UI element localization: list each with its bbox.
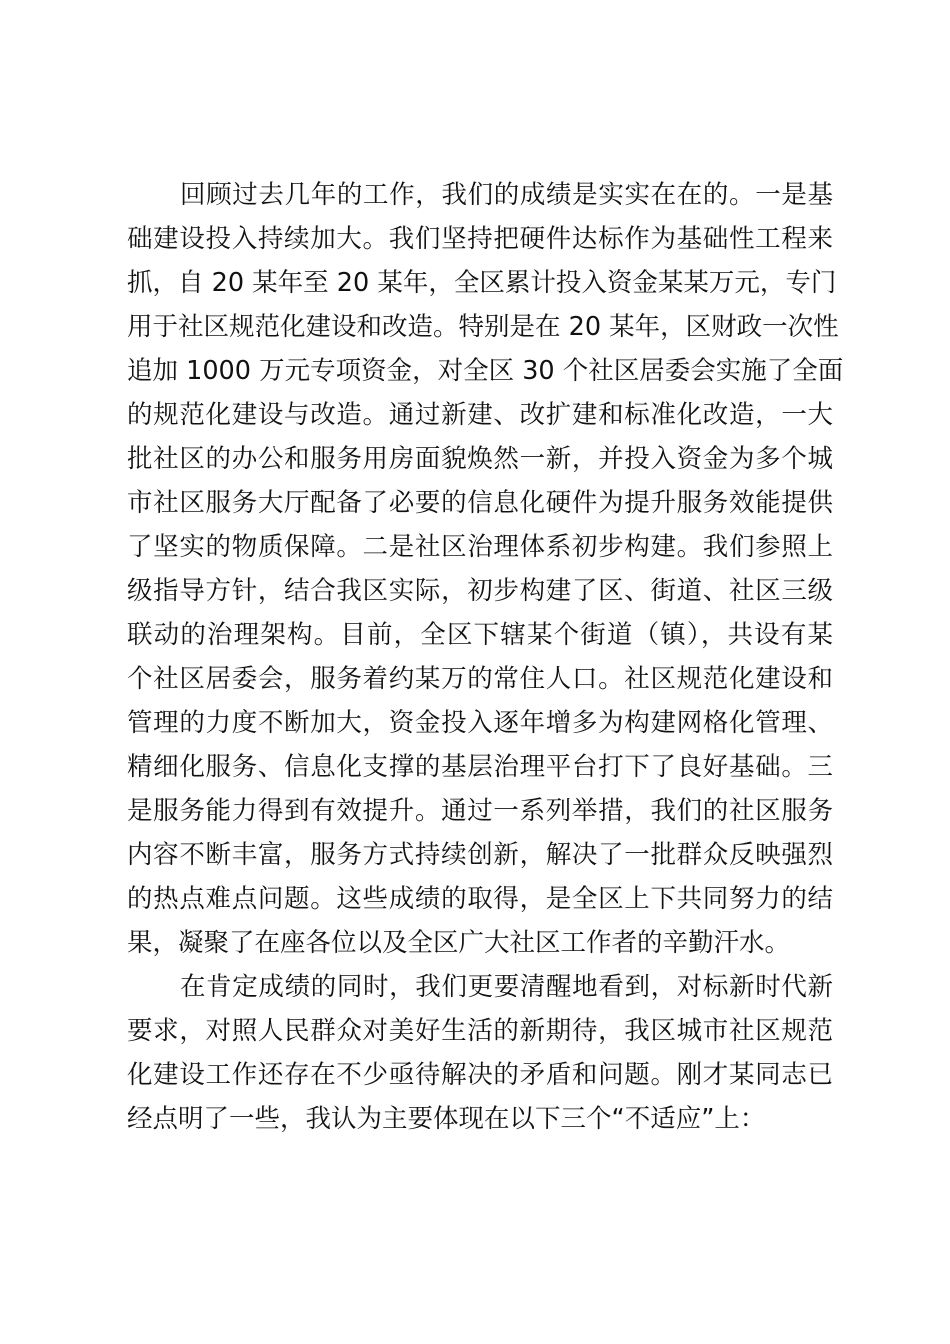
text-line: 个社区居委会，服务着约某万的常住人口。社区规范化建设和 — [127, 657, 833, 701]
text-line: 追加 1000 万元专项资金，对全区 30 个社区居委会实施了全面 — [127, 349, 833, 393]
text-line: 内容不断丰富，服务方式持续创新，解决了一批群众反映强烈 — [127, 833, 833, 877]
text-line: 联动的治理架构。目前，全区下辖某个街道（镇），共设有某 — [127, 613, 833, 657]
text-line: 管理的力度不断加大，资金投入逐年增多为构建网格化管理、 — [127, 701, 833, 745]
text-line: 础建设投入持续加大。我们坚持把硬件达标作为基础性工程来 — [127, 217, 833, 261]
text-line: 精细化服务、信息化支撑的基层治理平台打下了良好基础。三 — [127, 745, 833, 789]
text-line: 在肯定成绩的同时，我们更要清醒地看到，对标新时代新 — [127, 965, 833, 1009]
text-line: 的热点难点问题。这些成绩的取得，是全区上下共同努力的结 — [127, 877, 833, 921]
text-line: 回顾过去几年的工作，我们的成绩是实实在在的。一是基 — [127, 173, 833, 217]
document-page: 回顾过去几年的工作，我们的成绩是实实在在的。一是基 础建设投入持续加大。我们坚持… — [0, 0, 950, 1344]
document-body: 回顾过去几年的工作，我们的成绩是实实在在的。一是基 础建设投入持续加大。我们坚持… — [127, 173, 833, 1141]
text-line: 的规范化建设与改造。通过新建、改扩建和标准化改造，一大 — [127, 393, 833, 437]
text-line: 级指导方针，结合我区实际，初步构建了区、街道、社区三级 — [127, 569, 833, 613]
text-line: 了坚实的物质保障。二是社区治理体系初步构建。我们参照上 — [127, 525, 833, 569]
text-line: 抓，自 20 某年至 20 某年，全区累计投入资金某某万元，专门 — [127, 261, 833, 305]
text-line: 用于社区规范化建设和改造。特别是在 20 某年，区财政一次性 — [127, 305, 833, 349]
text-line: 化建设工作还存在不少亟待解决的矛盾和问题。刚才某同志已 — [127, 1053, 833, 1097]
paragraph-problems: 在肯定成绩的同时，我们更要清醒地看到，对标新时代新 要求，对照人民群众对美好生活… — [127, 965, 833, 1141]
text-line: 果，凝聚了在座各位以及全区广大社区工作者的辛勤汗水。 — [127, 921, 833, 965]
text-line: 批社区的办公和服务用房面貌焕然一新，并投入资金为多个城 — [127, 437, 833, 481]
text-line: 是服务能力得到有效提升。通过一系列举措，我们的社区服务 — [127, 789, 833, 833]
paragraph-achievements: 回顾过去几年的工作，我们的成绩是实实在在的。一是基 础建设投入持续加大。我们坚持… — [127, 173, 833, 965]
text-line: 要求，对照人民群众对美好生活的新期待，我区城市社区规范 — [127, 1009, 833, 1053]
text-line: 经点明了一些，我认为主要体现在以下三个“不适应”上： — [127, 1097, 833, 1141]
text-line: 市社区服务大厅配备了必要的信息化硬件为提升服务效能提供 — [127, 481, 833, 525]
